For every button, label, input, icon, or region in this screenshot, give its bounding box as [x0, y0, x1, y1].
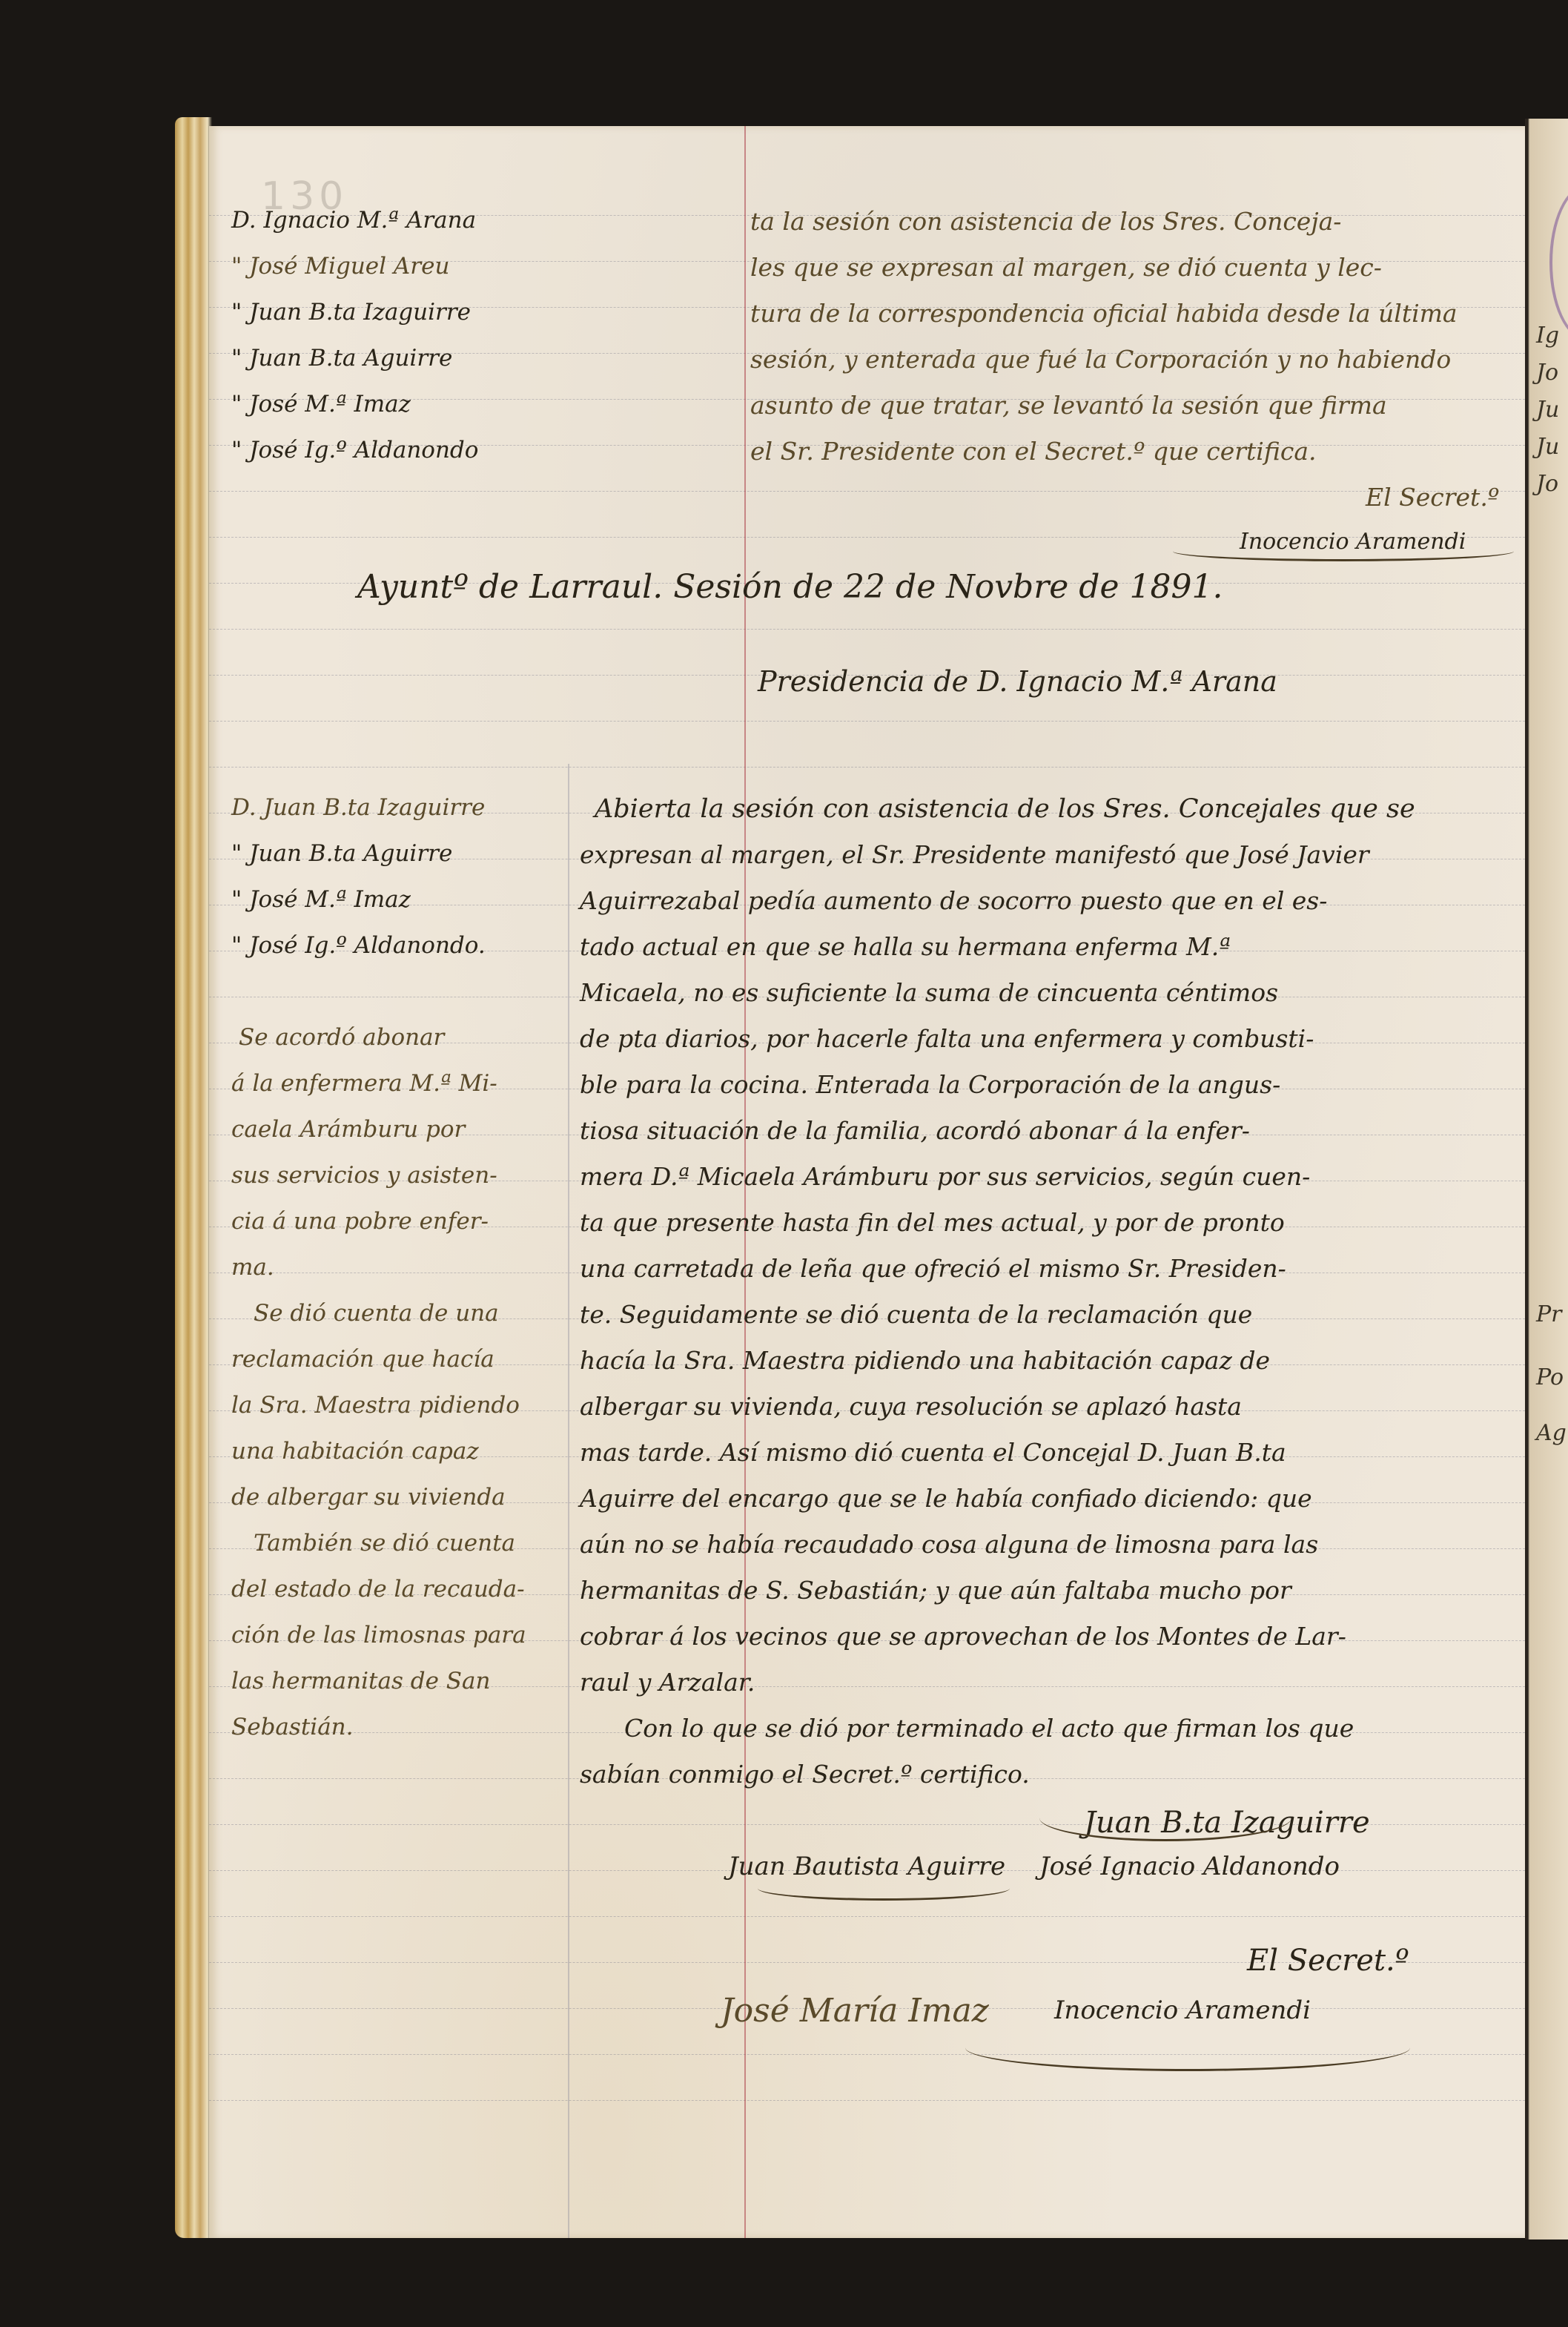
text-line: les que se expresan al margen, se dió cu… — [750, 255, 1382, 280]
text-line: una carretada de leña que ofreció el mis… — [580, 1256, 1286, 1281]
attendee: D. Juan B.ta Izaguirre — [231, 796, 485, 819]
attendee: " Juan B.ta Aguirre — [231, 347, 452, 370]
signature: José María Imaz — [721, 1995, 989, 2027]
secretary-label: El Secret.º — [1366, 485, 1499, 509]
session-heading: Ayuntº de Larraul. Sesión de 22 de Novbr… — [357, 571, 1223, 604]
attendee: " José Ig.º Aldanondo. — [231, 934, 486, 957]
text-line: expresan al margen, el Sr. Presidente ma… — [580, 842, 1369, 867]
text-line: Aguirre del encargo que se le había conf… — [580, 1486, 1312, 1511]
text-line: el Sr. Presidente con el Secret.º que ce… — [750, 439, 1317, 463]
text-line: tura de la correspondencia oficial habid… — [750, 301, 1458, 326]
pencil-margin-line — [568, 764, 569, 2238]
text-line: de pta diarios, por hacerle falta una en… — [580, 1026, 1314, 1051]
text-line: cobrar á los vecinos que se aprovechan d… — [580, 1624, 1346, 1648]
text-line: sesión, y enterada que fué la Corporació… — [750, 347, 1451, 372]
text-line: asunto de que tratar, se levantó la sesi… — [750, 393, 1387, 417]
text-line: ta la sesión con asistencia de los Sres.… — [750, 209, 1341, 234]
signature: Inocencio Aramendi — [1054, 1998, 1311, 2023]
text-line: ble para la cocina. Enterada la Corporac… — [580, 1072, 1280, 1097]
text-line: Abierta la sesión con asistencia de los … — [595, 796, 1415, 822]
text-line: mera D.ª Micaela Arámburu por sus servic… — [580, 1164, 1310, 1189]
signature: Juan Bautista Aguirre — [728, 1854, 1005, 1879]
attendee: " José Ig.º Aldanondo — [231, 439, 478, 462]
attendee: D. Ignacio M.ª Arana — [231, 209, 476, 232]
attendee: " Juan B.ta Aguirre — [231, 842, 452, 865]
text-line: aún no se había recaudado cosa alguna de… — [580, 1532, 1318, 1557]
signature: José Ignacio Aldanondo — [1039, 1854, 1340, 1879]
attendee: " José M.ª Imaz — [231, 888, 411, 911]
attendee: " José M.ª Imaz — [231, 393, 411, 416]
ledger-page: 130 D. Ignacio M.ª Arana " José Miguel A… — [209, 126, 1525, 2238]
text-line: Aguirrezabal pedía aumento de socorro pu… — [580, 888, 1327, 913]
text-line: ta que presente hasta fin del mes actual… — [580, 1210, 1285, 1235]
attendee: " Juan B.ta Izaguirre — [231, 301, 471, 324]
text-line: Micaela, no es suficiente la suma de cin… — [580, 980, 1278, 1005]
text-line: albergar su vivienda, cuya resolución se… — [580, 1394, 1242, 1419]
text-line: Con lo que se dió por terminado el acto … — [624, 1716, 1354, 1740]
text-line: tiosa situación de la familia, acordó ab… — [580, 1118, 1250, 1143]
text-line: hermanitas de S. Sebastián; y que aún fa… — [580, 1578, 1291, 1603]
text-line: te. Seguidamente se dió cuenta de la rec… — [580, 1302, 1252, 1327]
text-line: sabían conmigo el Secret.º certifico. — [580, 1762, 1030, 1786]
secretary-label: El Secret.º — [1247, 1946, 1409, 1976]
session-presidency: Presidencia de D. Ignacio M.ª Arana — [758, 667, 1277, 696]
text-line: tado actual en que se halla su hermana e… — [580, 934, 1231, 959]
text-line: raul y Arzalar. — [580, 1670, 755, 1694]
text-line: mas tarde. Así mismo dió cuenta el Conce… — [580, 1440, 1286, 1465]
text-line: hacía la Sra. Maestra pidiendo una habit… — [580, 1348, 1270, 1373]
attendee: " José Miguel Areu — [231, 255, 449, 278]
